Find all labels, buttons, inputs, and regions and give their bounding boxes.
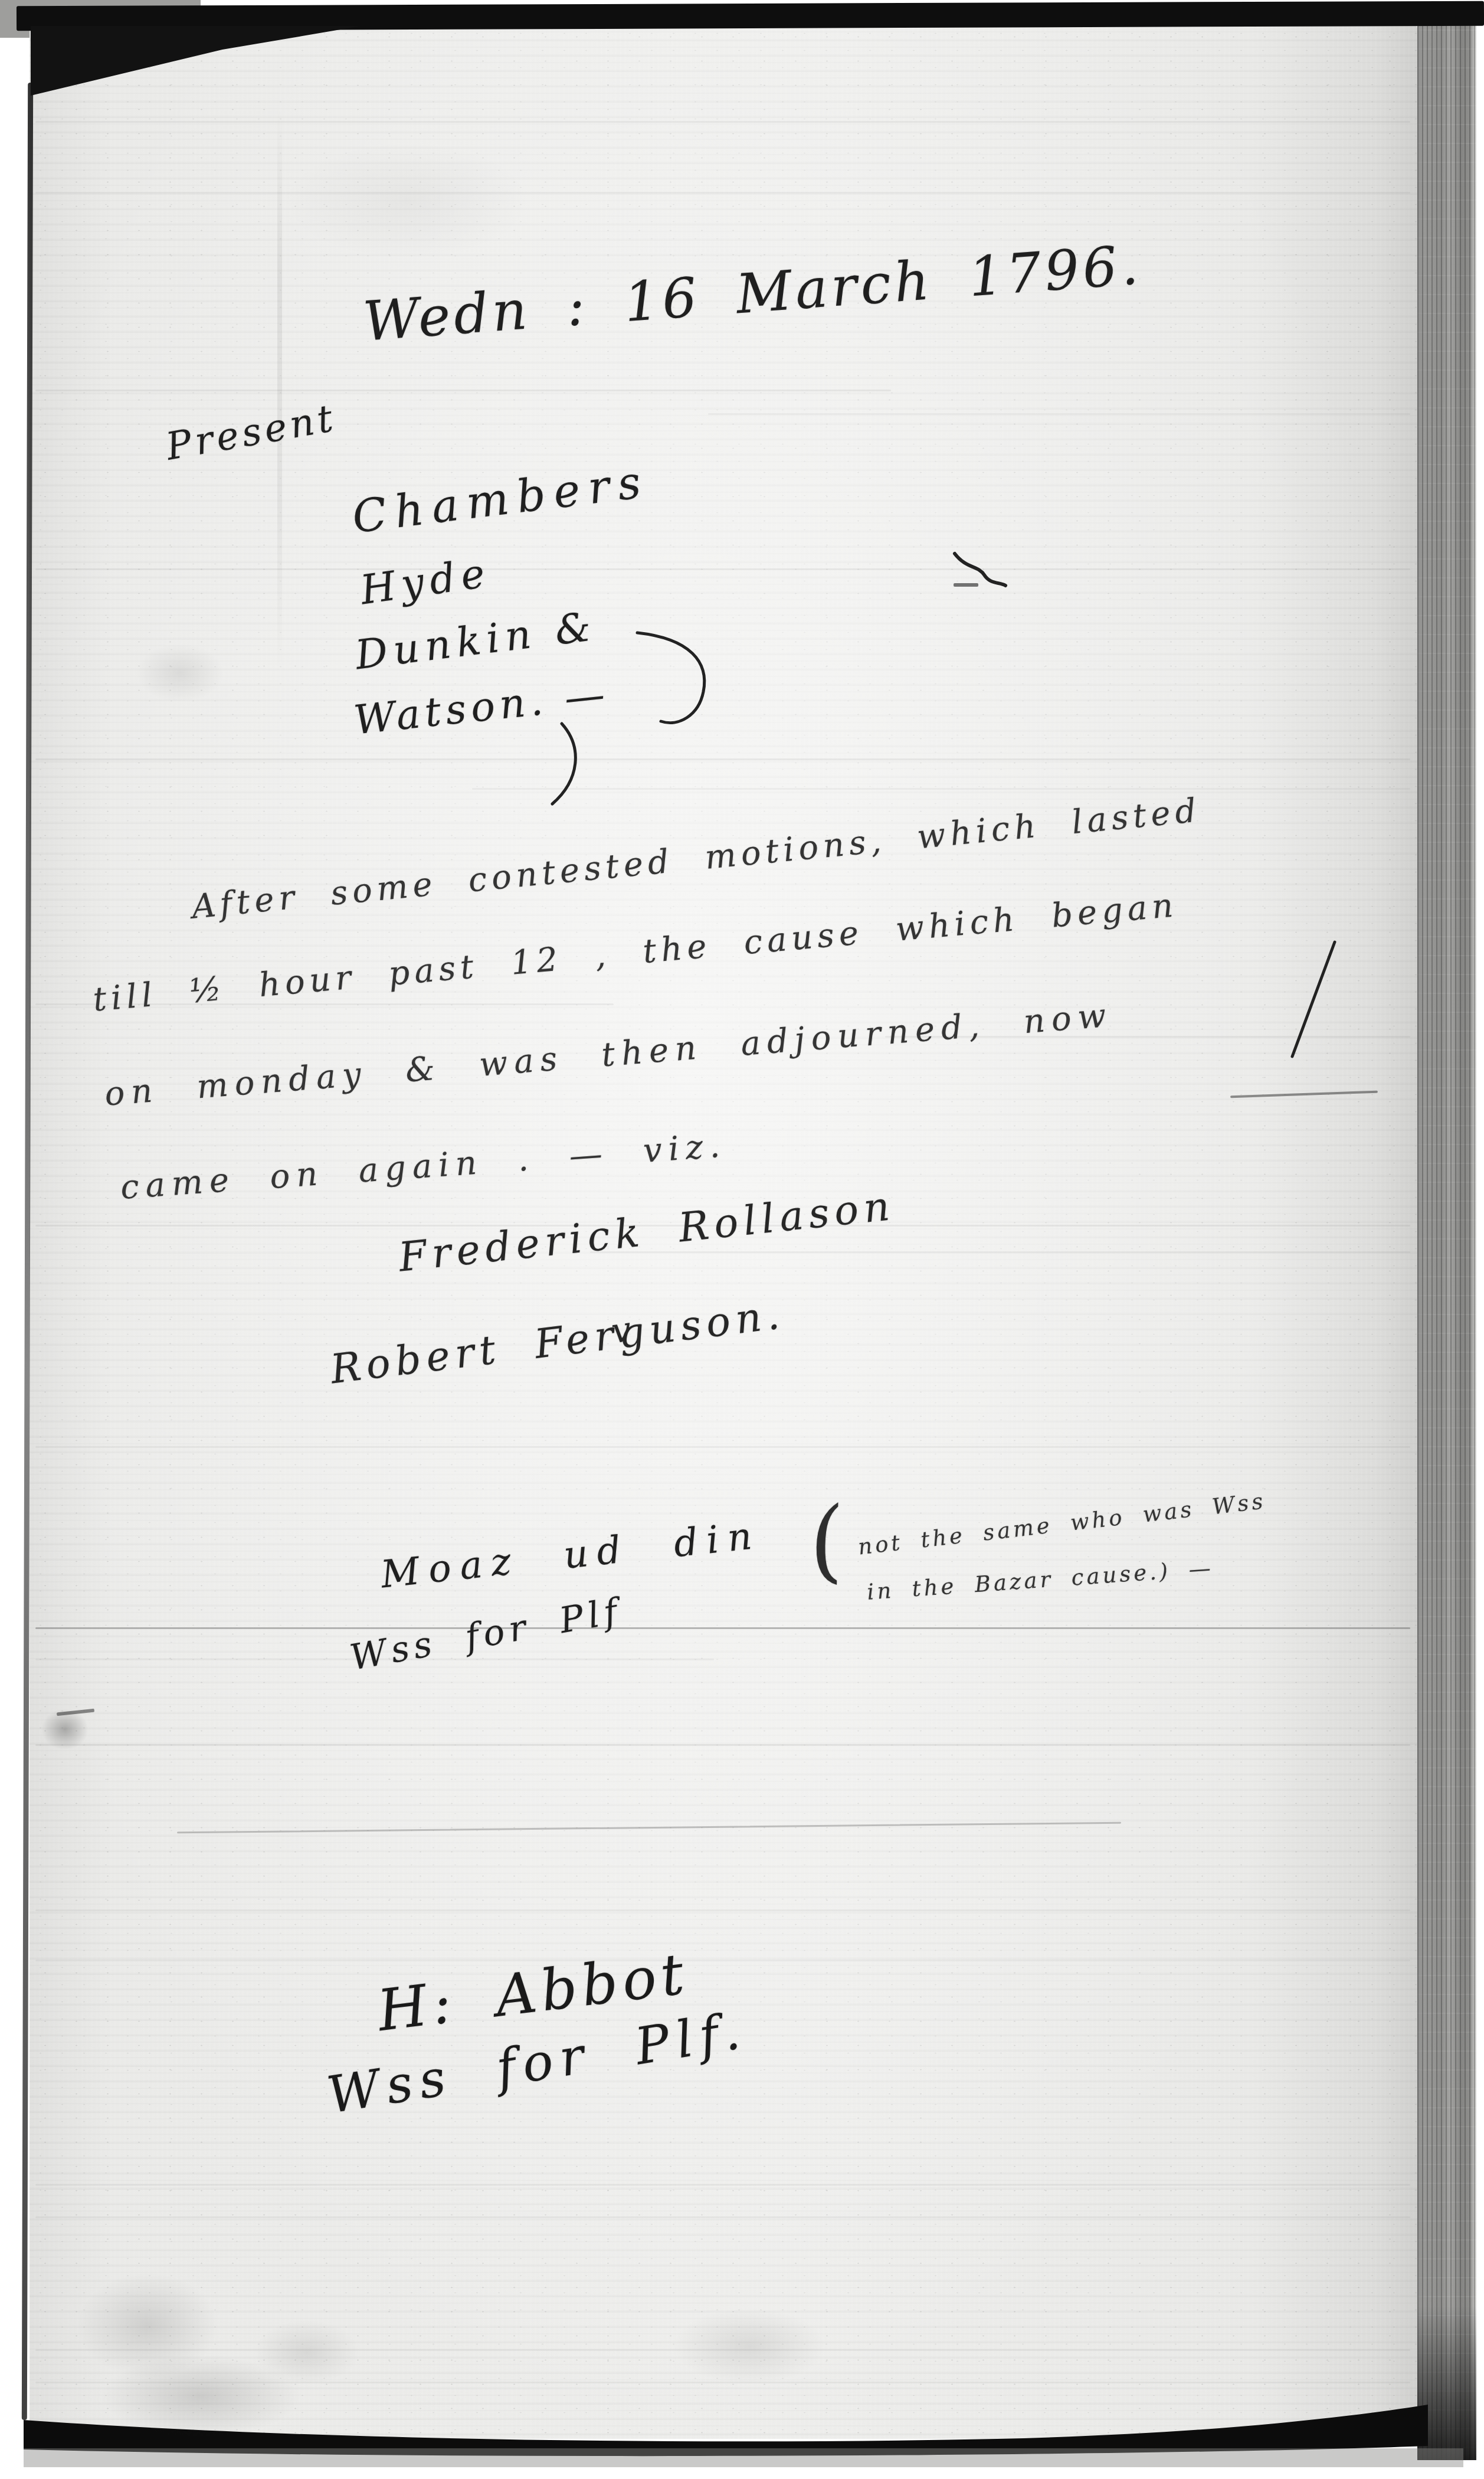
scan-streak bbox=[35, 568, 1410, 570]
paper-stain bbox=[673, 2308, 826, 2385]
watson-flourish-stroke bbox=[519, 720, 596, 815]
bottom-scanner-strip bbox=[24, 2448, 1463, 2467]
fold-line bbox=[277, 106, 282, 673]
paper-stain bbox=[41, 1709, 89, 1750]
scan-streak bbox=[35, 121, 1410, 123]
scan-streak bbox=[35, 1960, 1410, 1961]
paper-stain bbox=[136, 643, 224, 702]
scan-streak bbox=[35, 1744, 1410, 1746]
book-gutter-edge bbox=[1417, 11, 1476, 2460]
dunkin-flourish-stroke bbox=[620, 626, 761, 738]
scan-streak bbox=[35, 192, 1410, 194]
stray-ink-squiggle bbox=[951, 548, 1010, 592]
scan-streak bbox=[35, 390, 891, 391]
scan-streak bbox=[35, 1446, 1410, 1448]
scan-streak bbox=[35, 758, 1410, 760]
scan-streak bbox=[35, 1909, 1410, 1911]
paper-stain bbox=[283, 142, 531, 260]
began-slash-stroke bbox=[1286, 938, 1339, 1062]
scan-streak bbox=[35, 1627, 1410, 1629]
scan-streak bbox=[35, 2184, 1410, 2186]
scan-streak bbox=[708, 413, 1410, 415]
paper-stain bbox=[254, 2320, 360, 2385]
manuscript-scan: Wedn : 16 March 1796. Present Chambers H… bbox=[0, 0, 1484, 2479]
scan-streak bbox=[472, 788, 1410, 790]
scan-streak bbox=[35, 2216, 1410, 2218]
scan-streak bbox=[590, 1251, 1410, 1253]
